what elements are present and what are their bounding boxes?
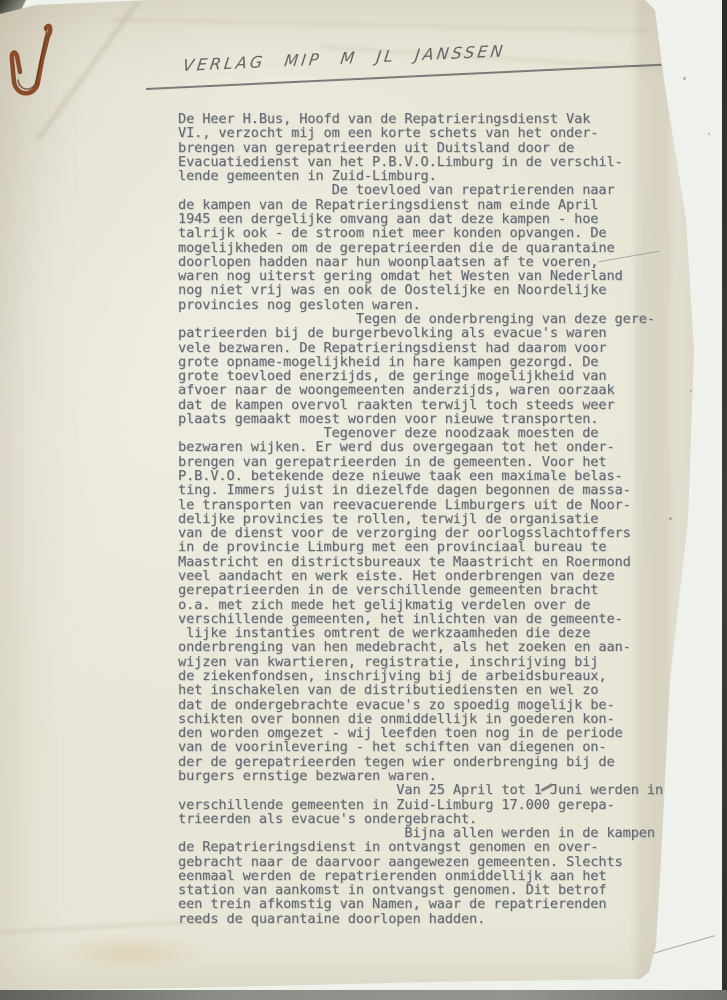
scanner-edge-right xyxy=(722,0,727,1000)
typewritten-body: De Heer H.Bus, Hoofd van de Repatriering… xyxy=(178,112,687,926)
dust-speck xyxy=(683,77,686,80)
paper-crease xyxy=(110,18,650,31)
dust-speck xyxy=(690,390,692,392)
scanned-document: VERLAG MIP M JL JANSSEN De Heer H.Bus, H… xyxy=(0,0,727,1000)
scanner-edge-bottom xyxy=(0,990,727,1000)
rust-paperclip-mark xyxy=(2,20,64,112)
dust-speck xyxy=(669,517,672,520)
paper-sheet: VERLAG MIP M JL JANSSEN De Heer H.Bus, H… xyxy=(0,0,700,992)
paper-stain xyxy=(56,936,206,970)
dust-speck xyxy=(708,133,710,135)
corner-fold-line xyxy=(653,935,715,954)
handwritten-title: VERLAG MIP M JL JANSSEN xyxy=(182,41,507,75)
